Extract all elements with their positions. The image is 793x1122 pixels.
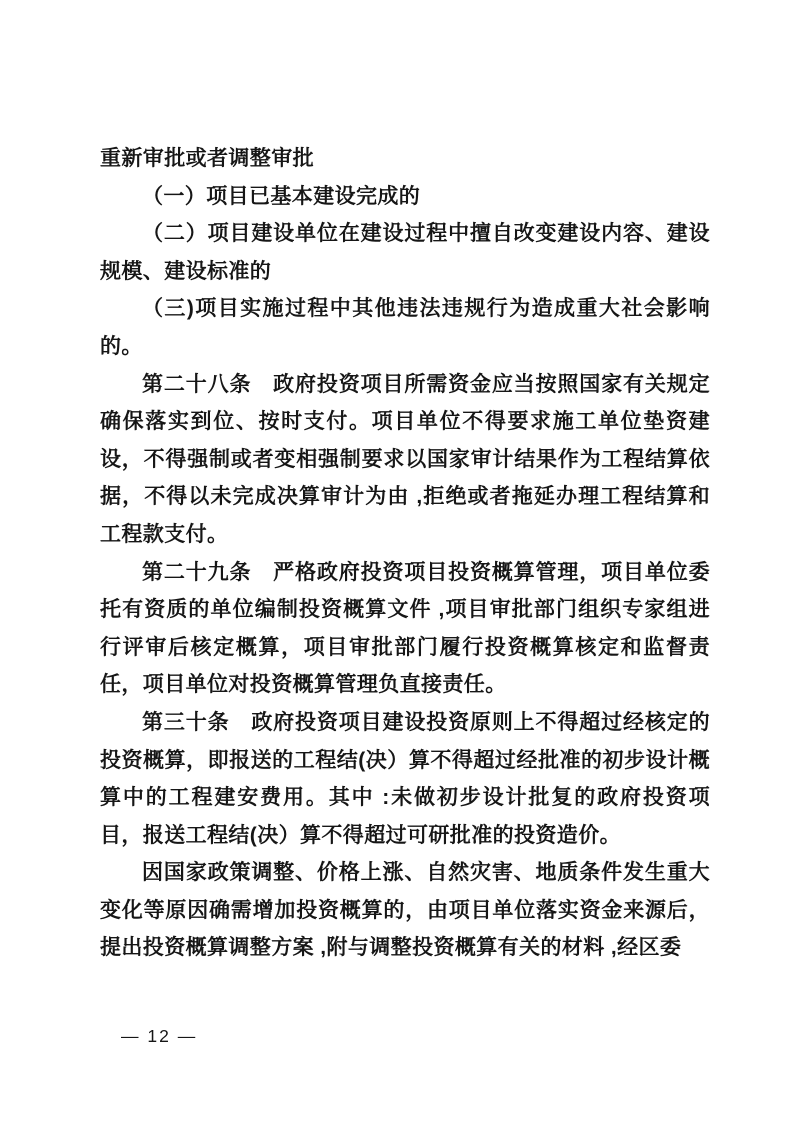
paragraph-item-1: （一）项目已基本建设完成的 bbox=[100, 178, 710, 216]
paragraph-article-28: 第二十八条 政府投资项目所需资金应当按照国家有关规定确保落实到位、按时支付。项目… bbox=[100, 366, 710, 554]
paragraph-article-29: 第二十九条 严格政府投资项目投资概算管理，项目单位委托有资质的单位编制投资概算文… bbox=[100, 554, 710, 704]
text-content: 重新审批或者调整审批 （一）项目已基本建设完成的 （二）项目建设单位在建设过程中… bbox=[100, 140, 710, 967]
paragraph-article-30: 第三十条 政府投资项目建设投资原则上不得超过经核定的投资概算，即报送的工程结(决… bbox=[100, 704, 710, 854]
page-number: — 12 — bbox=[121, 1026, 197, 1047]
paragraph-item-3: （三)项目实施过程中其他违法违规行为造成重大社会影响的。 bbox=[100, 290, 710, 365]
paragraph-continuation: 重新审批或者调整审批 bbox=[100, 140, 710, 178]
paragraph-item-2: （二）项目建设单位在建设过程中擅自改变建设内容、建设规模、建设标准的 bbox=[100, 215, 710, 290]
document-page: 重新审批或者调整审批 （一）项目已基本建设完成的 （二）项目建设单位在建设过程中… bbox=[0, 0, 793, 1122]
paragraph-adjustment: 因国家政策调整、价格上涨、自然灾害、地质条件发生重大变化等原因确需增加投资概算的… bbox=[100, 854, 710, 967]
